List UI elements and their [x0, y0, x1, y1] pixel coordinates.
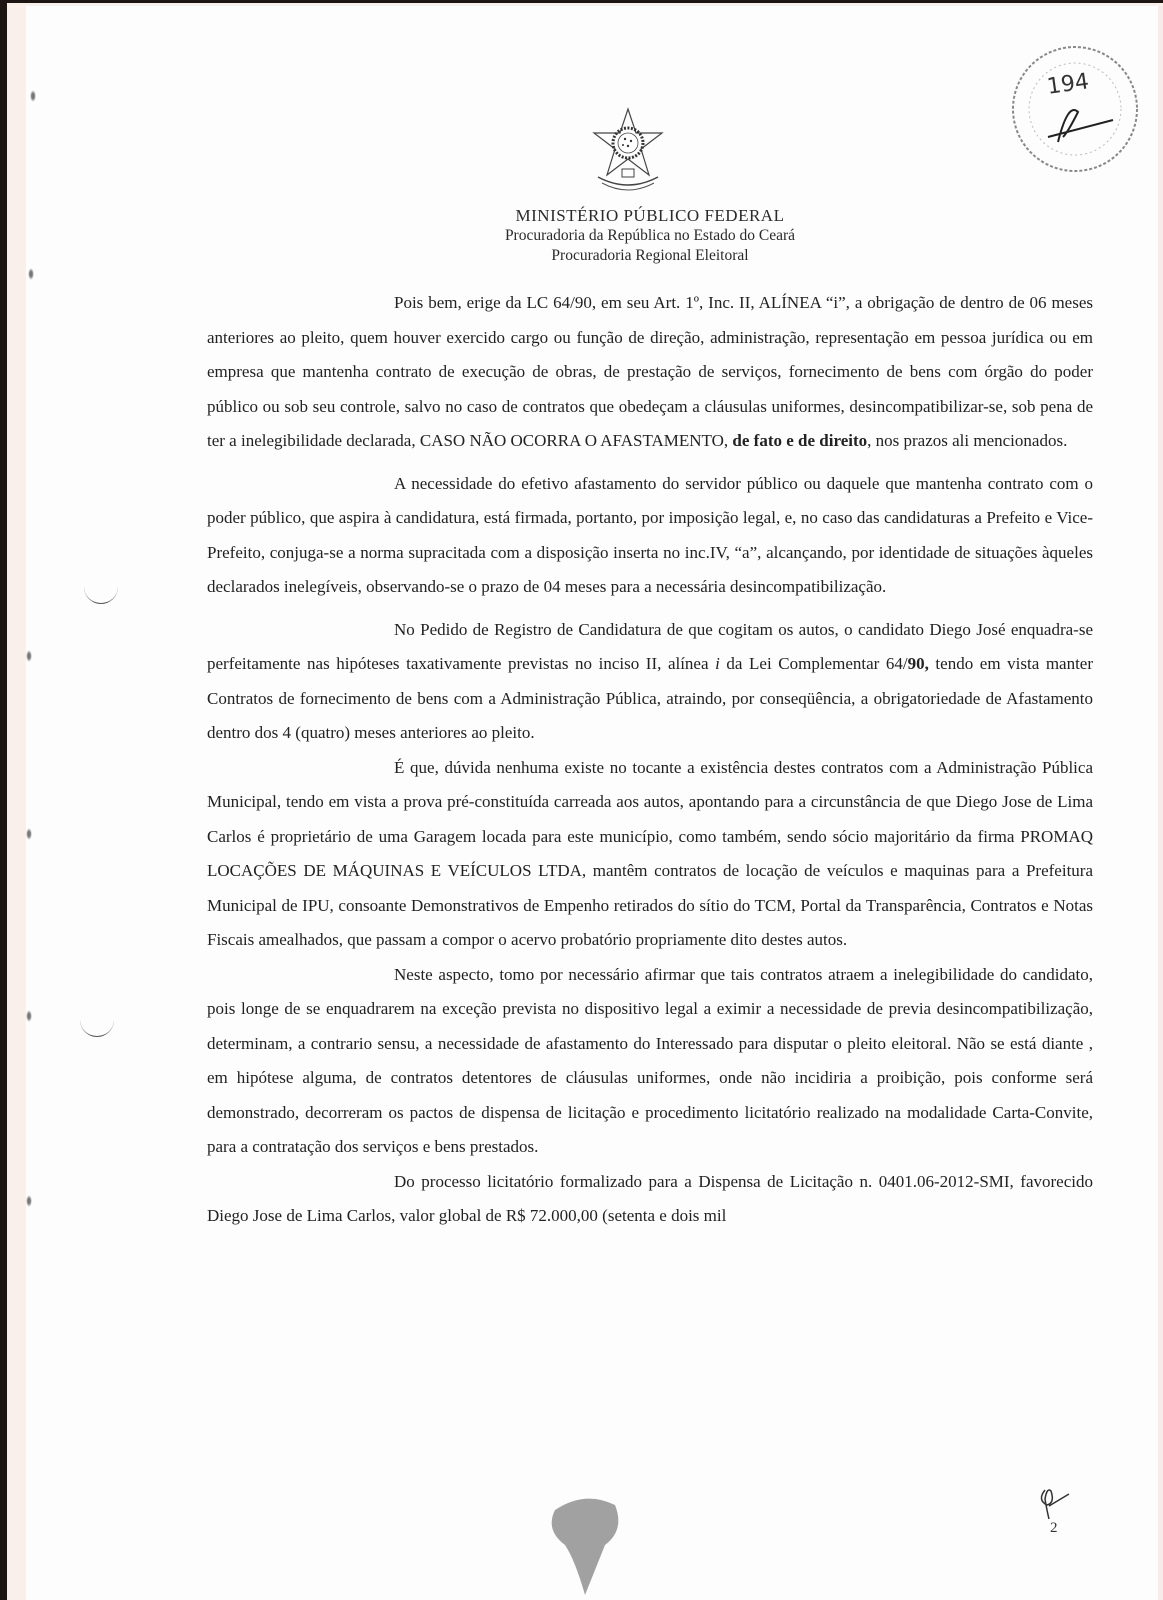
scan-edge [1158, 6, 1163, 1600]
division-name: Procuradoria Regional Eleitoral [400, 246, 900, 266]
bold-text: 90, [908, 654, 929, 673]
bold-text: de fato e de direito [732, 431, 867, 450]
paragraph: Pois bem, erige da LC 64/90, em seu Art.… [207, 286, 1093, 459]
paragraph: É que, dúvida nenhuma existe no tocante … [207, 751, 1093, 958]
scan-speck [26, 1195, 32, 1207]
paragraph: No Pedido de Registro de Candidatura de … [207, 613, 1093, 751]
ink-smudge [545, 1490, 655, 1600]
document-body: Pois bem, erige da LC 64/90, em seu Art.… [207, 286, 1093, 1234]
initials-signature-icon [1035, 1480, 1075, 1520]
paragraph-text: , nos prazos ali mencionados. [867, 431, 1067, 450]
scan-speck [26, 1010, 32, 1022]
paragraph-text: Pois bem, erige da LC 64/90, em seu Art.… [207, 293, 1093, 450]
letterhead: MINISTÉRIO PÚBLICO FEDERAL Procuradoria … [400, 206, 900, 266]
department-name: Procuradoria da República no Estado do C… [400, 226, 900, 246]
scan-speck [26, 828, 32, 840]
page-number: 2 [1050, 1520, 1058, 1537]
paragraph: A necessidade do efetivo afastamento do … [207, 467, 1093, 605]
paragraph: Do processo licitatório formalizado para… [207, 1165, 1093, 1234]
scan-speck [26, 650, 32, 662]
scan-speck [30, 90, 36, 102]
organization-name: MINISTÉRIO PÚBLICO FEDERAL [400, 206, 900, 226]
coat-of-arms-icon [588, 105, 668, 197]
protocol-stamp-icon [1008, 42, 1142, 176]
paragraph-text: da Lei Complementar 64/ [720, 654, 908, 673]
scan-speck [28, 268, 34, 280]
paragraph: Neste aspecto, tomo por necessário afirm… [207, 958, 1093, 1165]
